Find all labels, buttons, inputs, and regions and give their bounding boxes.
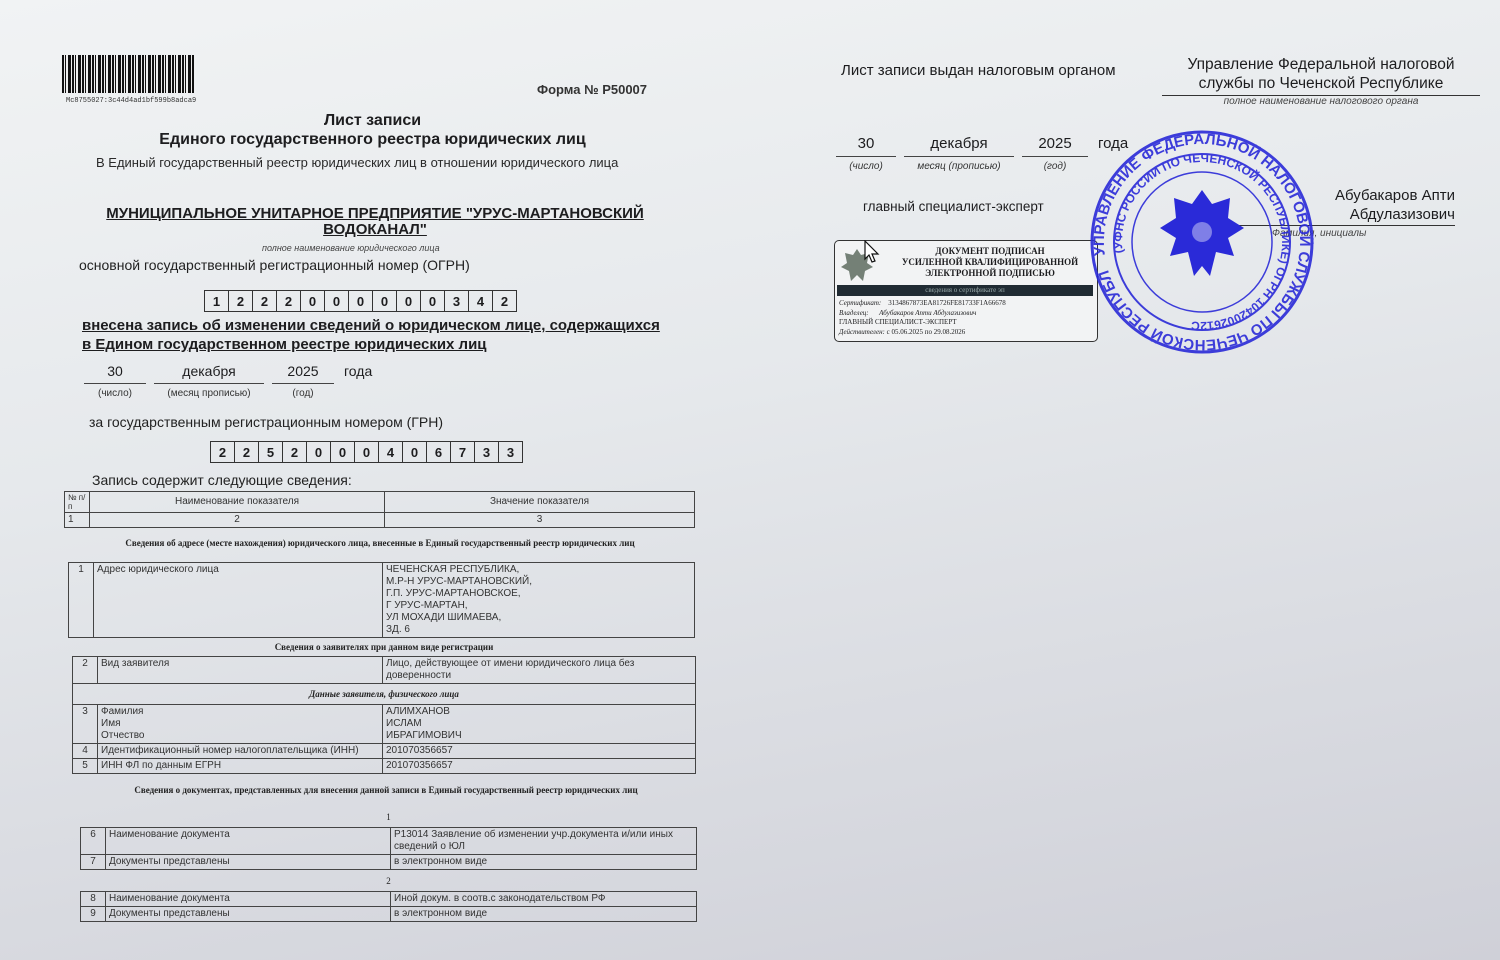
doc-title: Лист записи	[60, 112, 685, 130]
eagle-emblem-icon	[1160, 190, 1244, 276]
record-statement: внесена запись об изменении сведений о ю…	[82, 316, 662, 354]
digit-cell: 2	[211, 442, 235, 462]
digit-cell: 0	[403, 442, 427, 462]
contents-label: Запись содержит следующие сведения:	[92, 472, 352, 488]
header-num-2: 2	[90, 513, 385, 528]
digit-cell: 0	[307, 442, 331, 462]
authority-caption: полное наименование налогового органа	[1162, 96, 1480, 107]
digit-cell: 0	[373, 291, 397, 311]
documents-table: 6Наименование документаР13014 Заявление …	[80, 827, 697, 870]
official-position: главный специалист-эксперт	[863, 199, 1044, 214]
header-num: № п/п	[65, 492, 90, 513]
digit-cell: 2	[235, 442, 259, 462]
records-header-table: № п/п Наименование показателя Значение п…	[64, 491, 695, 528]
mouse-cursor-icon	[864, 240, 880, 264]
digit-cell: 2	[493, 291, 516, 311]
barcode	[62, 55, 194, 93]
grn-digits: 2252000406733	[210, 441, 523, 463]
inn-egrn-value: 201070356657	[383, 759, 696, 774]
issue-date-year: 2025 (год)	[1022, 135, 1088, 172]
digit-cell: 6	[427, 442, 451, 462]
digit-cell: 5	[259, 442, 283, 462]
digit-cell: 3	[475, 442, 499, 462]
grn-label: за государственным регистрационным номер…	[89, 414, 443, 430]
official-stamp: УПРАВЛЕНИЕ ФЕДЕРАЛЬНОЙ НАЛОГОВОЙ СЛУЖБЫ …	[1088, 128, 1316, 356]
authority-name: Управление Федеральной налоговой службы …	[1162, 55, 1480, 96]
record-date-day: 30 (число)	[84, 363, 146, 399]
doc-group-index: 1	[80, 812, 697, 823]
digit-cell: 0	[301, 291, 325, 311]
certificate-position: ГЛАВНЫЙ СПЕЦИАЛИСТ-ЭКСПЕРТ	[839, 318, 1093, 328]
digit-cell: 2	[229, 291, 253, 311]
intro-text: В Единый государственный реестр юридичес…	[74, 155, 654, 170]
certificate-number: 3134867873EA81726FE81733F1A66678	[888, 299, 1005, 307]
ogrn-label: основной государственный регистрационный…	[79, 257, 470, 273]
form-number: Форма № Р50007	[537, 82, 647, 97]
applicant-person-title: Данные заявителя, физического лица	[73, 684, 696, 705]
address-table: 1 Адрес юридического лица ЧЕЧЕНСКАЯ РЕСП…	[68, 562, 695, 638]
issue-date-month: декабря месяц (прописью)	[904, 135, 1014, 172]
barcode-text: Mc8755027:3c44d4ad1bf599b8adca9	[66, 97, 196, 105]
certificate-bar: сведения о сертификате эп	[837, 285, 1093, 296]
documents-table: 8Наименование документаИной докум. в соо…	[80, 891, 697, 922]
digit-cell: 0	[421, 291, 445, 311]
digit-cell: 0	[331, 442, 355, 462]
issued-by-label: Лист записи выдан налоговым органом	[841, 62, 1116, 79]
ogrn-digits: 1222000000342	[204, 290, 517, 312]
table-row: 8Наименование документаИной докум. в соо…	[81, 892, 697, 907]
table-row: 9Документы представленыв электронном вид…	[81, 907, 697, 922]
header-num-3: 3	[385, 513, 695, 528]
certificate-validity: с 05.06.2025 по 29.08.2026	[887, 328, 966, 336]
header-name: Наименование показателя	[90, 492, 385, 513]
table-row: 6Наименование документаР13014 Заявление …	[81, 828, 697, 855]
table-row: 3 ФамилияИмяОтчество АЛИМХАНОВИСЛАМИБРАГ…	[73, 705, 696, 744]
header-num-1: 1	[65, 513, 90, 528]
table-row: 1 Адрес юридического лица ЧЕЧЕНСКАЯ РЕСП…	[69, 563, 695, 638]
section-address-title: Сведения об адресе (месте нахождения) юр…	[66, 538, 694, 549]
certificate-details: Сертификат: 3134867873EA81726FE81733F1A6…	[839, 299, 1093, 337]
digit-cell: 0	[355, 442, 379, 462]
record-date-month: декабря (месяц прописью)	[154, 363, 264, 399]
section-applicant-title: Сведения о заявителях при данном виде ре…	[70, 642, 698, 653]
table-row: 2 Вид заявителя Лицо, действующее от име…	[73, 657, 696, 684]
section-documents-title: Сведения о документах, представленных дл…	[76, 785, 696, 796]
header-value: Значение показателя	[385, 492, 695, 513]
digit-cell: 7	[451, 442, 475, 462]
digit-cell: 3	[499, 442, 522, 462]
table-row: 7Документы представленыв электронном вид…	[81, 855, 697, 870]
doc-subtitle: Единого государственного реестра юридиче…	[60, 131, 685, 149]
digit-cell: 4	[469, 291, 493, 311]
digit-cell: 2	[253, 291, 277, 311]
address-value: ЧЕЧЕНСКАЯ РЕСПУБЛИКА,М.Р-Н УРУС-МАРТАНОВ…	[383, 563, 695, 638]
documents-groups: 16Наименование документаР13014 Заявление…	[80, 810, 697, 922]
doc-group-index: 2	[80, 876, 697, 887]
official-name: Абубакаров Апти Абдулазизович	[1300, 186, 1455, 224]
digit-cell: 2	[277, 291, 301, 311]
issue-date-day: 30 (число)	[836, 135, 896, 172]
signature-title: ДОКУМЕНТ ПОДПИСАНУСИЛЕННОЙ КВАЛИФИЦИРОВА…	[885, 246, 1095, 279]
record-date-suffix: года	[344, 363, 372, 379]
digit-cell: 0	[397, 291, 421, 311]
digit-cell: 0	[325, 291, 349, 311]
digit-cell: 0	[349, 291, 373, 311]
applicant-name: АЛИМХАНОВИСЛАМИБРАГИМОВИЧ	[383, 705, 696, 744]
org-name-caption: полное наименование юридического лица	[262, 243, 440, 253]
org-name: МУНИЦИПАЛЬНОЕ УНИТАРНОЕ ПРЕДПРИЯТИЕ "УРУ…	[95, 206, 655, 238]
digit-cell: 1	[205, 291, 229, 311]
table-row: 4 Идентификационный номер налогоплательщ…	[73, 744, 696, 759]
issue-date: 30 (число) декабря месяц (прописью) 2025…	[836, 135, 1128, 172]
digit-cell: 3	[445, 291, 469, 311]
certificate-owner: Абубакаров Апти Абдулазизович	[879, 309, 976, 317]
applicant-table: 2 Вид заявителя Лицо, действующее от име…	[72, 656, 696, 774]
table-row: 5 ИНН ФЛ по данным ЕГРН 201070356657	[73, 759, 696, 774]
digit-cell: 2	[283, 442, 307, 462]
digit-cell: 4	[379, 442, 403, 462]
record-date-year: 2025 (год)	[272, 363, 334, 399]
inn-value: 201070356657	[383, 744, 696, 759]
record-date: 30 (число) декабря (месяц прописью) 2025…	[84, 363, 372, 399]
